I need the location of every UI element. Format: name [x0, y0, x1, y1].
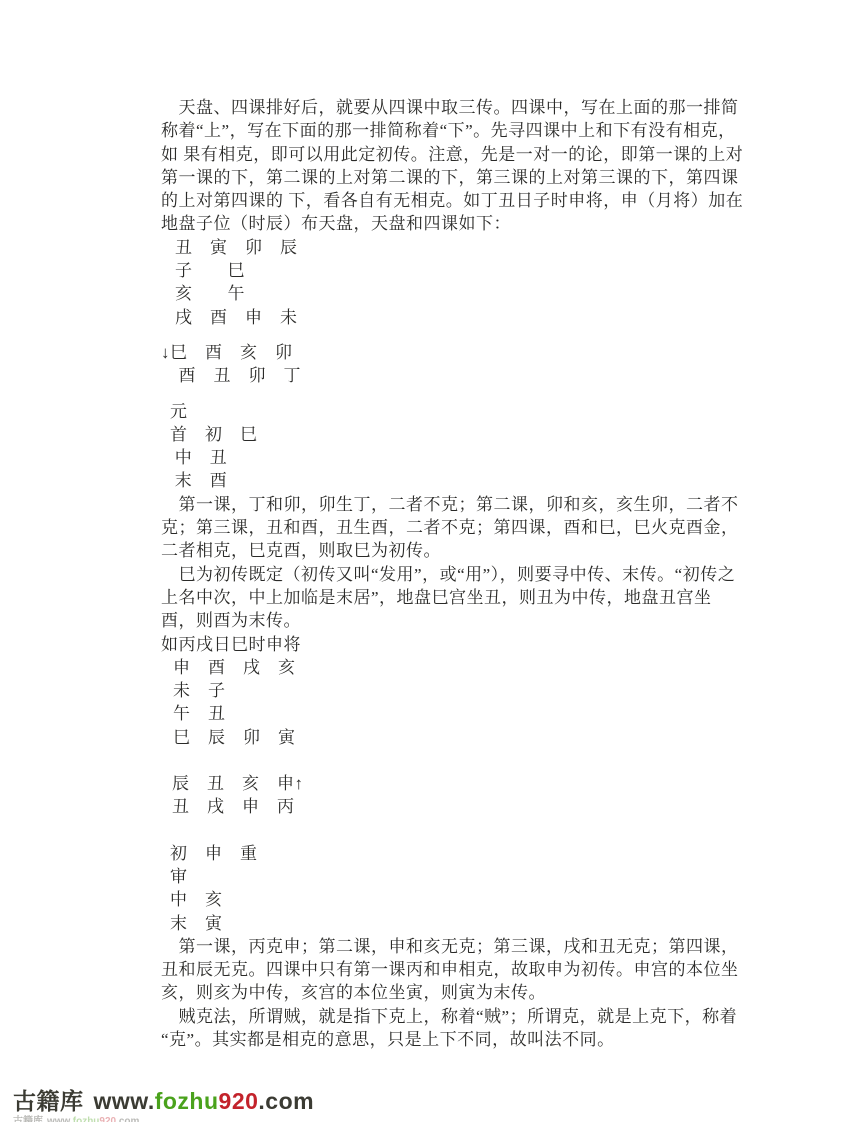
four-lessons-diagram-2: 辰 丑 亥 申↑丑 戌 申 丙	[161, 772, 741, 819]
text-line: “克”。其实都是相克的意思，只是上下不同，故叫法不同。	[161, 1028, 741, 1051]
text-line: 丑和辰无克。四课中只有第一课丙和申相克，故取申为初传。申宫的本位坐	[161, 958, 741, 981]
watermark-echo-url-red: 920	[99, 1116, 116, 1122]
text-line: 中 亥	[170, 888, 741, 911]
text-line: 末 寅	[170, 912, 741, 935]
text-line: ↓巳 酉 亥 卯	[161, 341, 741, 364]
text-line: 巳为初传既定（初传又叫“发用”，或“用”），则要寻中传、末传。“初传之	[161, 563, 741, 586]
text-line: 第一课的下，第二课的上对第二课的下，第三课的上对第三课的下，第四课	[161, 166, 741, 189]
document-page-text: 天盘、四课排好后，就要从四课中取三传。四课中，写在上面的那一排简称着“上”，写在…	[161, 96, 741, 1051]
text-line: 称着“上”，写在下面的那一排简称着“下”。先寻四课中上和下有没有相克，	[161, 119, 741, 142]
text-line: 元	[170, 400, 741, 423]
paragraph-intro: 天盘、四课排好后，就要从四课中取三传。四课中，写在上面的那一排简称着“上”，写在…	[161, 96, 741, 236]
four-lessons-diagram-1: ↓巳 酉 亥 卯 酉 丑 卯 丁	[161, 341, 741, 388]
text-line: 申 酉 戌 亥	[173, 656, 741, 679]
text-line: 末 酉	[170, 469, 741, 492]
text-line: 酉 丑 卯 丁	[161, 364, 741, 387]
text-line: 巳 辰 卯 寅	[173, 726, 741, 749]
watermark-site-name: 古籍库	[13, 1088, 84, 1114]
text-line: 第一课，丙克申；第二课，申和亥无克；第三课，戌和丑无克；第四课，	[161, 935, 741, 958]
example-2-heading: 如丙戌日巳时申将	[161, 633, 741, 656]
heaven-plate-diagram-2: 申 酉 戌 亥未 子午 丑巳 辰 卯 寅	[161, 656, 741, 749]
text-line: 如丙戌日巳时申将	[161, 633, 741, 656]
watermark-url-green: fozhu	[155, 1088, 219, 1114]
text-line: 地盘子位（时辰）布天盘，天盘和四课如下：	[161, 212, 741, 235]
text-line: 上名中次，中上加临是末居”，地盘巳宫坐丑，则丑为中传，地盘丑宫坐	[161, 586, 741, 609]
text-line: 二者相克，巳克酉，则取巳为初传。	[161, 539, 741, 562]
watermark-url-red: 920	[219, 1088, 259, 1114]
text-line: 初 申 重	[170, 842, 741, 865]
text-line: 第一课，丁和卯，卯生丁，二者不克；第二课，卯和亥，亥生卯，二者不	[161, 493, 741, 516]
text-line: 子 巳	[175, 259, 741, 282]
paragraph-transmission-rule: 巳为初传既定（初传又叫“发用”，或“用”），则要寻中传、末传。“初传之上名中次，…	[161, 563, 741, 633]
watermark-url-prefix: www.	[94, 1088, 155, 1114]
heaven-plate-diagram-1: 丑 寅 卯 辰子 巳亥 午戌 酉 申 未	[161, 236, 741, 329]
paragraph-lesson-analysis-1: 第一课，丁和卯，卯生丁，二者不克；第二课，卯和亥，亥生卯，二者不克；第三课，丑和…	[161, 493, 741, 563]
paragraph-lesson-analysis-2: 第一课，丙克申；第二课，申和亥无克；第三课，戌和丑无克；第四课，丑和辰无克。四课…	[161, 935, 741, 1005]
paragraph-zeike-method: 贼克法，所谓贼，就是指下克上，称着“贼”；所谓克，就是上克下，称着“克”。其实都…	[161, 1005, 741, 1052]
text-line: 亥 午	[175, 282, 741, 305]
text-line: 酉，则酉为末传。	[161, 609, 741, 632]
three-transmissions-diagram-1: 元首 初 巳 中 丑 末 酉	[161, 400, 741, 493]
text-line: 未 子	[173, 679, 741, 702]
three-transmissions-diagram-2: 初 申 重审中 亥末 寅	[161, 842, 741, 935]
watermark-echo-site-name: 古籍库	[13, 1116, 43, 1122]
text-line: 丑 寅 卯 辰	[175, 236, 741, 259]
text-line: 贼克法，所谓贼，就是指下克上，称着“贼”；所谓克，就是上克下，称着	[161, 1005, 741, 1028]
watermark-url-suffix: .com	[258, 1088, 314, 1114]
text-line: 天盘、四课排好后，就要从四课中取三传。四课中，写在上面的那一排简	[161, 96, 741, 119]
watermark-echo-url-green: fozhu	[73, 1116, 100, 1122]
text-line: 首 初 巳	[170, 423, 741, 446]
text-line: 审	[170, 865, 741, 888]
watermark-echo-url-prefix: www.	[47, 1116, 73, 1122]
text-line: 辰 丑 亥 申↑	[172, 772, 741, 795]
text-line: 丑 戌 申 丙	[172, 795, 741, 818]
text-line: 午 丑	[173, 702, 741, 725]
text-line: 中 丑	[170, 446, 741, 469]
text-line: 克；第三课，丑和酉，丑生酉，二者不克；第四课，酉和巳，巳火克酉金，	[161, 516, 741, 539]
watermark-echo-url-suffix: .com	[116, 1116, 139, 1122]
text-line: 如 果有相克，即可以用此定初传。注意，先是一对一的论，即第一课的上对	[161, 143, 741, 166]
text-line: 的上对第四课的 下，看各自有无相克。如丁丑日子时申将，申（月将）加在	[161, 189, 741, 212]
site-watermark-echo: 古籍库www.fozhu920.com	[13, 1112, 139, 1122]
text-line: 亥，则亥为中传，亥宫的本位坐寅，则寅为末传。	[161, 981, 741, 1004]
text-line: 戌 酉 申 未	[175, 306, 741, 329]
